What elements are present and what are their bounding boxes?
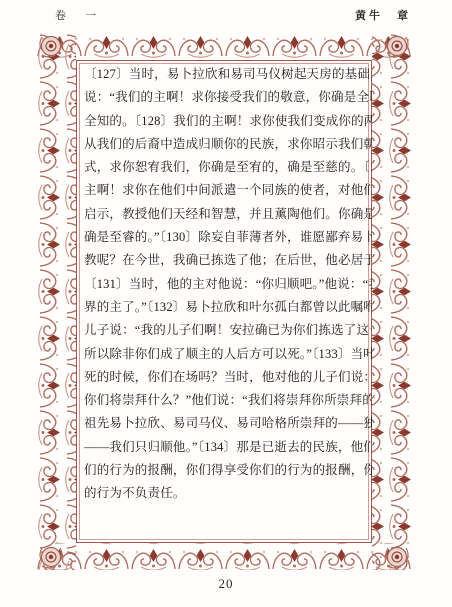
body-text-line: 祖先易卜拉欣、易司马仪、易司哈格所崇拜的——独一的主宰 bbox=[84, 412, 372, 435]
body-text-line: 教呢？在今世，我确已拣选了他；在后世，他必居于善人之列。 bbox=[84, 249, 372, 272]
body-text-line: 〔127〕当时，易卜拉欣和易司马仪树起天房的基础，他们俩祈祷 bbox=[84, 63, 372, 86]
body-text-line: 确是至睿的。”〔130〕除妄自菲薄者外，谁愿鄙弃易卜拉欣的宗 bbox=[84, 226, 372, 249]
body-text-line: 儿子说：“我的儿子们啊！安拉确已为你们拣选了这个宗教， bbox=[84, 319, 372, 342]
body-text: 〔127〕当时，易卜拉欣和易司马仪树起天房的基础，他们俩祈祷 说：“我们的主啊！… bbox=[84, 63, 372, 506]
body-text-line: 主啊！求你在他们中间派遣一个同族的使者，对他们宣读你的 bbox=[84, 179, 372, 202]
page-number: 20 bbox=[0, 576, 452, 592]
body-text-line: 说：“我们的主啊！求你接受我们的敬意，你确是全聪的，确是 bbox=[84, 86, 372, 109]
body-text-line: 死的时候，你们在场吗？当时，他对他的儿子们说：“我死之后， bbox=[84, 366, 372, 389]
body-text-line: 启示，教授他们天经和智慧，并且薰陶他们。你确是万能的， bbox=[84, 203, 372, 226]
body-text-line: 所以除非你们成了顺主的人后方可以死。”〔133〕当叶尔孤白临 bbox=[84, 343, 372, 366]
body-text-line: 界的主了。”〔132〕易卜拉欣和叶尔孤白都曾以此嘱咐自己的 bbox=[84, 296, 372, 319]
body-text-line: 们的行为的报酬，你们得享受你们的行为的报酬，你们对他们 bbox=[84, 459, 372, 482]
header-chapter-label: 黄牛 章 bbox=[355, 7, 411, 23]
header-volume-label: 卷 一 bbox=[55, 7, 100, 23]
body-text-line: 的行为不负责任。 bbox=[84, 482, 372, 505]
body-text-line: 全知的。〔128〕我们的主啊！求你使我们变成你的两个顺民，并 bbox=[84, 110, 372, 133]
book-page: 卷 一 黄牛 章 bbox=[0, 0, 452, 607]
body-text-line: 从我们的后裔中造成归顺你的民族，求你昭示我们朝觐的仪 bbox=[84, 133, 372, 156]
body-text-line: ——我们只归顺他。”〔134〕那是已逝去的民族，他们得享受他 bbox=[84, 436, 372, 459]
body-text-line: 你们将崇拜什么？”他们说：“我们将崇拜你所崇拜的，和你的 bbox=[84, 389, 372, 412]
body-text-line: 式，求你恕宥我们，你确是至宥的，确是至慈的。〔129〕我们的 bbox=[84, 156, 372, 179]
body-text-line: 〔131〕当时，他的主对他说：“你归顺吧。”他说：“我已归顺众世 bbox=[84, 273, 372, 296]
